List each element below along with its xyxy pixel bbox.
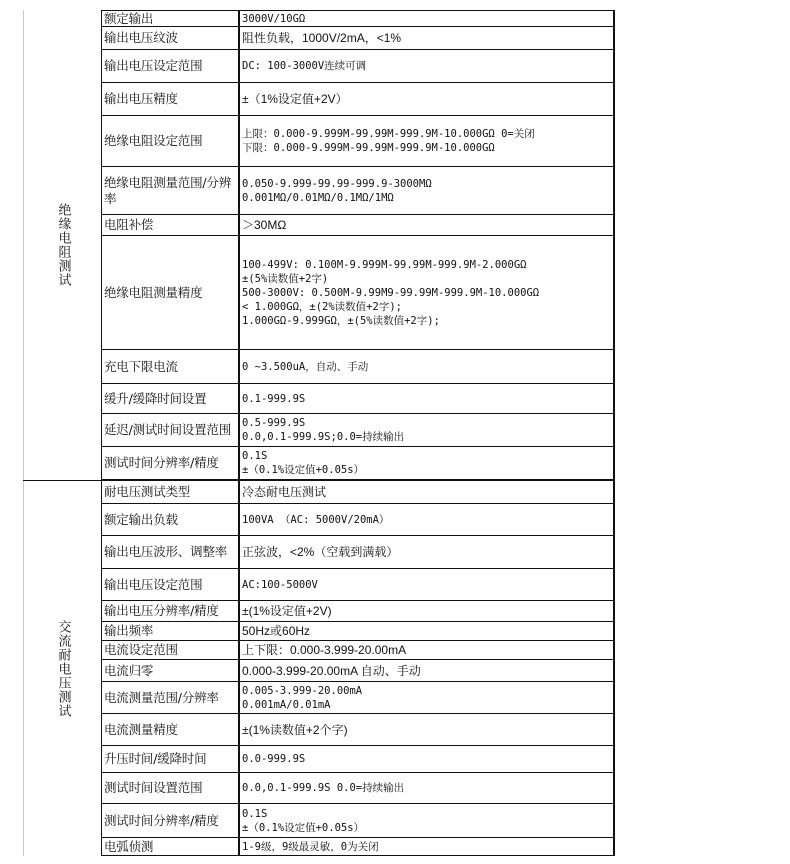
table-row: 充电下限电流0 ~3.500uA，自动、手动 [101,350,613,384]
param-value-cell: 100-499V: 0.100M-9.999M-99.99M-999.9M-2.… [240,236,613,349]
value-line: 0.001mA/0.01mA [242,698,611,712]
table-row: 输出电压精度±（1%设定值+2V） [101,83,613,116]
param-value-cell: ±（1%设定值+2V） [240,83,613,115]
value-line: ±（0.1%设定值+0.05s） [242,821,611,835]
value-line: 正弦波，<2%（空载到满载） [242,545,611,559]
param-value-cell: 上限：0.000-9.999M-99.99M-999.9M-10.000GΩ 0… [240,116,613,166]
param-name-cell: 测试时间分辨率/精度 [101,447,240,479]
value-line: 上下限：0.000-3.999-20.00mA [242,643,611,657]
section-ac-withstand: 交流耐电压测试耐电压测试类型冷态耐电压测试额定输出负载100VA （AC: 50… [23,480,615,856]
param-value-cell: 50Hz或60Hz [240,622,613,640]
section-label: 绝缘电阻测试 [56,203,70,287]
table-row: 输出电压波形、调整率正弦波，<2%（空载到满载） [101,536,613,569]
param-name-cell: 延迟/测试时间设置范围 [101,414,240,446]
value-line: 0.0-999.9S [242,752,611,766]
param-value-cell: 0.005-3.999-20.00mA0.001mA/0.01mA [240,682,613,713]
param-name-cell: 电阻补偿 [101,215,240,235]
param-value-cell: 阻性负载，1000V/2mA，<1% [240,27,613,49]
param-name-cell: 升压时间/缓降时间 [101,746,240,772]
value-line: 0.1S [242,449,611,463]
table-row: 额定输出负载100VA （AC: 5000V/20mA） [101,504,613,536]
value-line: 1.000GΩ-9.999GΩ，±(5%读数值+2字); [242,314,611,328]
param-value-cell: 上下限：0.000-3.999-20.00mA [240,641,613,659]
table-row: 测试时间分辨率/精度0.1S±（0.1%设定值+0.05s） [101,447,613,480]
param-name-cell: 输出电压设定范围 [101,50,240,82]
param-value-cell: 0.1-999.9S [240,384,613,413]
param-name-cell: 绝缘电阻测量精度 [101,236,240,349]
param-name-cell: 输出电压精度 [101,83,240,115]
value-line: 0.005-3.999-20.00mA [242,684,611,698]
section-insulation-resistance: 绝缘电阻测试额定输出3000V/10GΩ输出电压纹波阻性负载，1000V/2mA… [23,10,615,480]
param-value-cell: ＞30MΩ [240,215,613,235]
value-line: 上限：0.000-9.999M-99.99M-999.9M-10.000GΩ 0… [242,127,611,141]
value-line: 下限：0.000-9.999M-99.99M-999.9M-10.000GΩ [242,141,611,155]
table-row: 电流测量范围/分辨率0.005-3.999-20.00mA0.001mA/0.0… [101,682,613,714]
value-line: 50Hz或60Hz [242,624,611,638]
param-value-cell: AC:100-5000V [240,569,613,600]
table-row: 绝缘电阻测量精度100-499V: 0.100M-9.999M-99.99M-9… [101,236,613,350]
table-row: 电流归零0.000-3.999-20.00mA 自动、手动 [101,660,613,682]
table-row: 电流设定范围上下限：0.000-3.999-20.00mA [101,641,613,660]
param-value-cell: 0.0-999.9S [240,746,613,772]
table-row: 测试时间分辨率/精度0.1S±（0.1%设定值+0.05s） [101,804,613,838]
param-value-cell: DC: 100-3000V连续可调 [240,50,613,82]
value-line: 0 ~3.500uA，自动、手动 [242,360,611,374]
param-value-cell: 0.1S±（0.1%设定值+0.05s） [240,804,613,837]
param-name-cell: 测试时间分辨率/精度 [101,804,240,837]
param-name-cell: 电流测量精度 [101,714,240,745]
value-line: ±（0.1%设定值+0.05s） [242,463,611,477]
param-value-cell: 0.0,0.1-999.9S 0.0=持续输出 [240,773,613,803]
param-value-cell: 0.050-9.999-99.99-999.9-3000MΩ0.001MΩ/0.… [240,167,613,214]
param-value-cell: 正弦波，<2%（空载到满载） [240,536,613,568]
value-line: ±(5%读数值+2字) [242,272,611,286]
param-name-cell: 测试时间设置范围 [101,773,240,803]
param-name-cell: 绝缘电阻测量范围/分辨率 [101,167,240,214]
table-row: 测试时间设置范围0.0,0.1-999.9S 0.0=持续输出 [101,773,613,804]
table-row: 输出电压设定范围AC:100-5000V [101,569,613,601]
table-row: 绝缘电阻测量范围/分辨率0.050-9.999-99.99-999.9-3000… [101,167,613,215]
section-label: 交流耐电压测试 [56,620,70,718]
table-row: 延迟/测试时间设置范围0.5-999.9S0.0,0.1-999.9S;0.0=… [101,414,613,447]
table-row: 升压时间/缓降时间0.0-999.9S [101,746,613,773]
param-value-cell: 冷态耐电压测试 [240,481,613,503]
param-name-cell: 缓升/缓降时间设置 [101,384,240,413]
value-line: 冷态耐电压测试 [242,485,611,499]
value-line: ±(1%设定值+2V) [242,604,611,618]
spec-table: 绝缘电阻测试额定输出3000V/10GΩ输出电压纹波阻性负载，1000V/2mA… [23,10,615,856]
section-label-cell: 绝缘电阻测试 [23,10,101,480]
param-name-cell: 电流归零 [101,660,240,681]
value-line: 0.0,0.1-999.9S 0.0=持续输出 [242,781,611,795]
table-row: 电弧侦测1-9级，9级最灵敏，0为关闭 [101,838,613,856]
value-line: 阻性负载，1000V/2mA，<1% [242,31,611,45]
value-line: 1-9级，9级最灵敏，0为关闭 [242,840,611,854]
param-name-cell: 输出电压设定范围 [101,569,240,600]
value-line: 0.001MΩ/0.01MΩ/0.1MΩ/1MΩ [242,191,611,205]
value-line: AC:100-5000V [242,578,611,592]
param-value-cell: ±(1%读数值+2个字) [240,714,613,745]
param-name-cell: 电流测量范围/分辨率 [101,682,240,713]
param-value-cell: 1-9级，9级最灵敏，0为关闭 [240,838,613,855]
value-line: < 1.000GΩ，±(2%读数值+2字); [242,300,611,314]
value-line: 0.5-999.9S [242,416,611,430]
value-line: 0.000-3.999-20.00mA 自动、手动 [242,664,611,678]
value-line: 100-499V: 0.100M-9.999M-99.99M-999.9M-2.… [242,258,611,272]
table-row: 输出电压设定范围DC: 100-3000V连续可调 [101,50,613,83]
param-name-cell: 电弧侦测 [101,838,240,855]
value-line: 100VA （AC: 5000V/20mA） [242,513,611,527]
param-value-cell: 0 ~3.500uA，自动、手动 [240,350,613,383]
param-value-cell: 0.5-999.9S0.0,0.1-999.9S;0.0=持续输出 [240,414,613,446]
param-name-cell: 输出电压分辨率/精度 [101,601,240,621]
table-row: 耐电压测试类型冷态耐电压测试 [101,481,613,504]
value-line: DC: 100-3000V连续可调 [242,59,611,73]
section-label-cell: 交流耐电压测试 [23,481,101,856]
param-value-cell: 0.1S±（0.1%设定值+0.05s） [240,447,613,479]
param-name-cell: 输出电压波形、调整率 [101,536,240,568]
table-row: 额定输出3000V/10GΩ [101,10,613,27]
param-name-cell: 耐电压测试类型 [101,481,240,503]
value-line: 0.1S [242,807,611,821]
param-value-cell: ±(1%设定值+2V) [240,601,613,621]
param-value-cell: 100VA （AC: 5000V/20mA） [240,504,613,535]
param-name-cell: 输出频率 [101,622,240,640]
param-value-cell: 0.000-3.999-20.00mA 自动、手动 [240,660,613,681]
table-row: 电阻补偿＞30MΩ [101,215,613,236]
param-name-cell: 充电下限电流 [101,350,240,383]
param-name-cell: 额定输出 [101,11,240,26]
spec-rows: 额定输出3000V/10GΩ输出电压纹波阻性负载，1000V/2mA，<1%输出… [101,10,615,480]
table-row: 缓升/缓降时间设置0.1-999.9S [101,384,613,414]
value-line: ±(1%读数值+2个字) [242,723,611,737]
table-row: 输出电压纹波阻性负载，1000V/2mA，<1% [101,27,613,50]
table-row: 输出电压分辨率/精度±(1%设定值+2V) [101,601,613,622]
value-line: 0.0,0.1-999.9S;0.0=持续输出 [242,430,611,444]
param-name-cell: 额定输出负载 [101,504,240,535]
table-row: 绝缘电阻设定范围上限：0.000-9.999M-99.99M-999.9M-10… [101,116,613,167]
param-name-cell: 电流设定范围 [101,641,240,659]
param-name-cell: 输出电压纹波 [101,27,240,49]
param-name-cell: 绝缘电阻设定范围 [101,116,240,166]
value-line: ±（1%设定值+2V） [242,92,611,106]
value-line: 0.050-9.999-99.99-999.9-3000MΩ [242,177,611,191]
table-row: 输出频率 50Hz或60Hz [101,622,613,641]
value-line: 500-3000V: 0.500M-9.99M9-99.99M-999.9M-1… [242,286,611,300]
value-line: 0.1-999.9S [242,392,611,406]
param-value-cell: 3000V/10GΩ [240,11,613,26]
value-line: 3000V/10GΩ [242,12,611,26]
value-line: ＞30MΩ [242,218,611,232]
spec-rows: 耐电压测试类型冷态耐电压测试额定输出负载100VA （AC: 5000V/20m… [101,481,615,856]
table-row: 电流测量精度±(1%读数值+2个字) [101,714,613,746]
